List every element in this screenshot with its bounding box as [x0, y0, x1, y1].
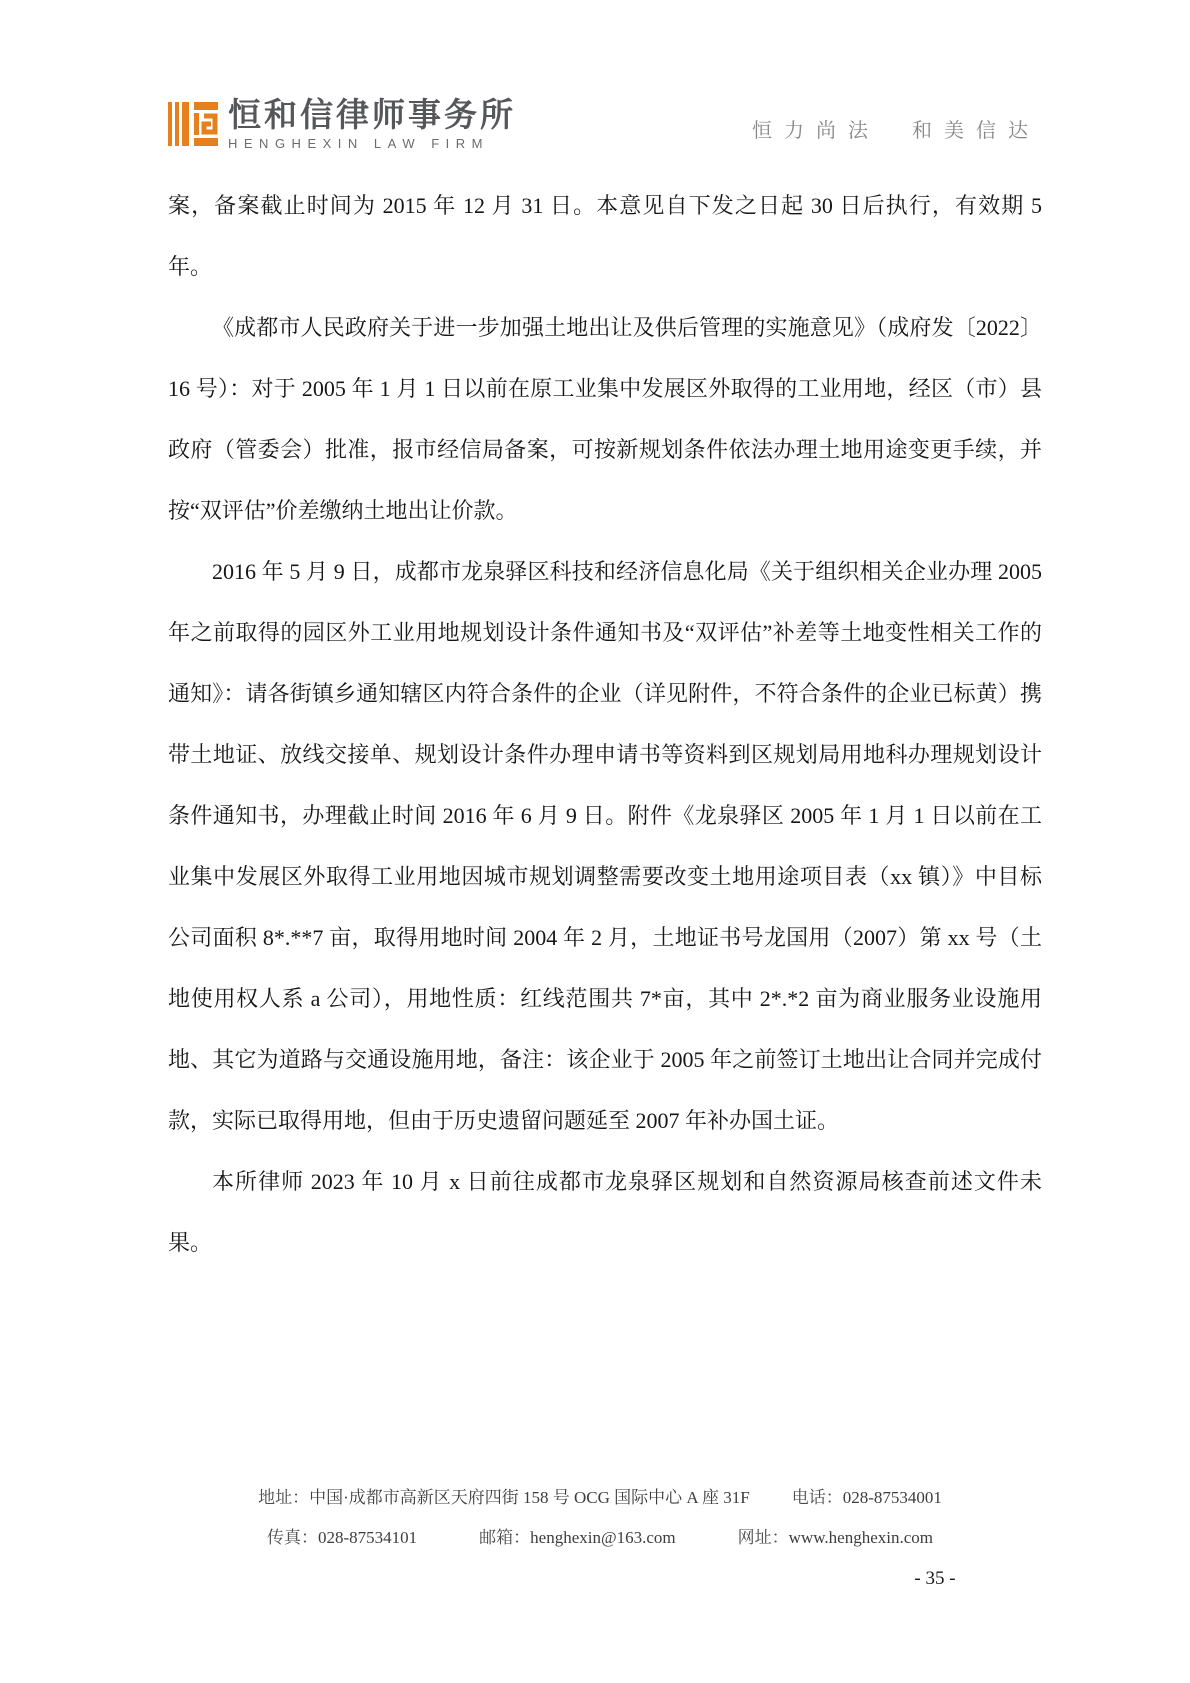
- law-firm-brand: 恒和信律师事务所 HENGHEXIN LAW FIRM: [168, 98, 516, 151]
- paragraph-lawyer-verification: 本所律师 2023 年 10 月 x 日前往成都市龙泉驿区规划和自然资源局核查前…: [168, 1151, 1042, 1273]
- website-value: www.henghexin.com: [789, 1528, 933, 1547]
- footer-line-1: 地址：中国·成都市高新区天府四街 158 号 OCG 国际中心 A 座 31F …: [150, 1478, 1050, 1518]
- footer-line-2: 传真：028-87534101 邮箱：henghexin@163.com 网址：…: [150, 1518, 1050, 1558]
- footer-email: 邮箱：henghexin@163.com: [479, 1518, 676, 1558]
- firm-name-cn: 恒和信律师事务所: [228, 98, 516, 133]
- phone-label: 电话：: [792, 1488, 843, 1507]
- paragraph-chengfufa-2022-16: 《成都市人民政府关于进一步加强土地出让及供后管理的实施意见》（成府发〔2022〕…: [168, 297, 1042, 541]
- address-label: 地址：: [258, 1488, 309, 1507]
- document-body: 案，备案截止时间为 2015 年 12 月 31 日。本意见自下发之日起 30 …: [168, 175, 1042, 1273]
- page-header: 恒和信律师事务所 HENGHEXIN LAW FIRM 恒力尚法 和美信达: [168, 98, 1040, 151]
- footer-phone: 电话：028-87534001: [792, 1478, 942, 1518]
- firm-slogan: 恒力尚法 和美信达: [752, 114, 1040, 143]
- footer-fax: 传真：028-87534101: [267, 1518, 417, 1558]
- firm-name-en: HENGHEXIN LAW FIRM: [228, 136, 516, 151]
- firm-name-block: 恒和信律师事务所 HENGHEXIN LAW FIRM: [228, 98, 516, 151]
- paragraph-continuation: 案，备案截止时间为 2015 年 12 月 31 日。本意见自下发之日起 30 …: [168, 175, 1042, 297]
- footer-website: 网址：www.henghexin.com: [738, 1518, 933, 1558]
- page-number: - 35 -: [860, 1568, 1010, 1590]
- fax-value: 028-87534101: [318, 1528, 417, 1547]
- document-page: 恒和信律师事务所 HENGHEXIN LAW FIRM 恒力尚法 和美信达 案，…: [0, 0, 1190, 1683]
- page-footer: 地址：中国·成都市高新区天府四街 158 号 OCG 国际中心 A 座 31F …: [150, 1478, 1050, 1558]
- website-label: 网址：: [738, 1528, 789, 1547]
- henghexin-logo-icon: [168, 102, 218, 146]
- email-label: 邮箱：: [479, 1528, 530, 1547]
- footer-address: 地址：中国·成都市高新区天府四街 158 号 OCG 国际中心 A 座 31F: [258, 1478, 750, 1518]
- phone-value: 028-87534001: [843, 1488, 942, 1507]
- address-value: 中国·成都市高新区天府四街 158 号 OCG 国际中心 A 座 31F: [309, 1488, 750, 1507]
- fax-label: 传真：: [267, 1528, 318, 1547]
- email-value: henghexin@163.com: [530, 1528, 676, 1547]
- paragraph-longquanyi-notice-2016: 2016 年 5 月 9 日，成都市龙泉驿区科技和经济信息化局《关于组织相关企业…: [168, 541, 1042, 1151]
